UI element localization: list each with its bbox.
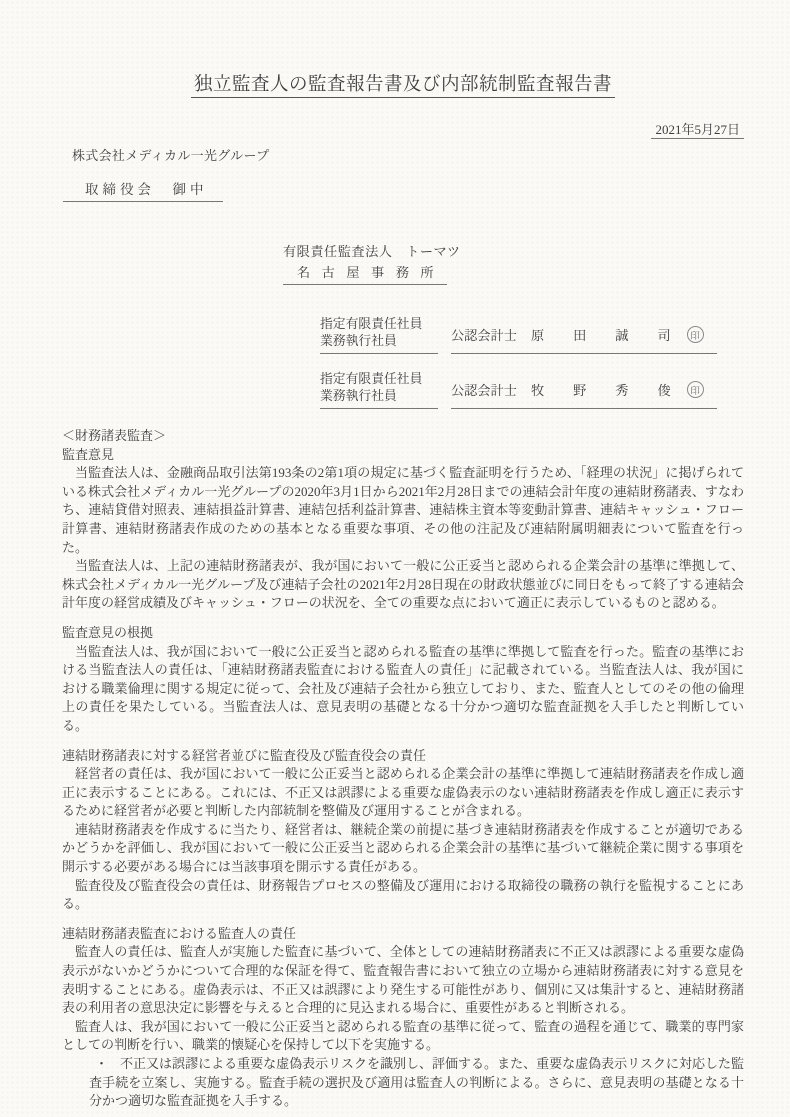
part-label: ＜財務諸表監査＞ — [62, 427, 744, 446]
signatory-role: 指定有限責任社員 業務執行社員 — [320, 371, 438, 409]
report-title: 独立監査人の監査報告書及び内部統制監査報告書 — [191, 75, 615, 98]
paragraph: 経営者の責任は、我が国において一般に公正妥当と認められる企業会計の基準に準拠して… — [62, 765, 744, 821]
signatory-row: 指定有限責任社員 業務執行社員 公認会計士 原田誠司 印 — [320, 316, 744, 354]
signatory-role: 指定有限責任社員 業務執行社員 — [320, 316, 438, 354]
accountant-name: 原田誠司 — [531, 325, 700, 344]
paragraph: 連結財務諸表を作成するに当たり、経営者は、継続企業の前提に基づき連結財務諸表を作… — [62, 821, 744, 877]
signatory-role-line1: 指定有限責任社員 — [320, 316, 438, 333]
signatory-row: 指定有限責任社員 業務執行社員 公認会計士 牧野秀俊 印 — [320, 371, 744, 409]
bullet-item: ・不正又は誤謬による重要な虚偽表示リスクを識別し、評価する。また、重要な虚偽表示… — [62, 1055, 744, 1111]
accountant-name: 牧野秀俊 — [531, 380, 700, 399]
addressee-company: 株式会社メディカル一光グループ — [62, 145, 744, 164]
bullet-marker-icon: ・ — [95, 1056, 108, 1071]
audit-firm-block: 有限責任監査法人 トーマツ 名古屋事務所 — [283, 241, 744, 285]
signatory-signature: 公認会計士 牧野秀俊 印 — [451, 371, 717, 409]
date-row: 2021年5月27日 — [62, 119, 744, 138]
paragraph: 当監査法人は、我が国において一般に公正妥当と認められる監査の基準に準拠して監査を… — [62, 643, 744, 736]
signatory-signature: 公認会計士 原田誠司 印 — [451, 316, 717, 354]
paragraph: 当監査法人は、上記の連結財務諸表が、我が国において一般に公正妥当と認められる企業… — [62, 557, 744, 613]
paragraph: 監査人は、我が国において一般に公正妥当と認められる監査の基準に従って、監査の過程… — [62, 1018, 744, 1055]
audit-firm-name: 有限責任監査法人 トーマツ — [283, 241, 744, 260]
addressee-to: 取締役会 御中 — [63, 178, 223, 202]
section-heading-management-responsibility: 連結財務諸表に対する経営者並びに監査役及び監査役会の責任 — [62, 747, 744, 766]
title-row: 独立監査人の監査報告書及び内部統制監査報告書 — [62, 0, 744, 96]
accountant-qualification: 公認会計士 — [451, 325, 517, 344]
addressee-row: 取締役会 御中 — [62, 178, 744, 202]
seal-icon: 印 — [687, 326, 704, 343]
accountant-qualification: 公認会計士 — [451, 380, 517, 399]
signatory-role-line2: 業務執行社員 — [320, 388, 438, 405]
paragraph: 監査役及び監査役会の責任は、財務報告プロセスの整備及び運用における取締役の職務の… — [62, 877, 744, 914]
section-heading-basis: 監査意見の根拠 — [62, 624, 744, 643]
report-body: ＜財務諸表監査＞ 監査意見 当監査法人は、金融商品取引法第193条の2第1項の規… — [62, 427, 744, 1111]
audit-firm-office: 名古屋事務所 — [283, 261, 447, 285]
paragraph: 当監査法人は、金融商品取引法第193条の2第1項の規定に基づく監査証明を行うため… — [62, 464, 744, 557]
paragraph: 監査人の責任は、監査人が実施した監査に基づいて、全体としての連結財務諸表に不正又… — [62, 943, 744, 1017]
audit-report-page: 独立監査人の監査報告書及び内部統制監査報告書 2021年5月27日 株式会社メデ… — [0, 0, 790, 1117]
bullet-text: 不正又は誤謬による重要な虚偽表示リスクを識別し、評価する。また、重要な虚偽表示リ… — [89, 1056, 744, 1108]
signatory-role-line1: 指定有限責任社員 — [320, 371, 438, 388]
report-date: 2021年5月27日 — [651, 122, 744, 139]
section-heading-auditor-responsibility: 連結財務諸表監査における監査人の責任 — [62, 925, 744, 944]
seal-icon: 印 — [687, 381, 704, 398]
section-heading-opinion: 監査意見 — [62, 446, 744, 465]
signatory-role-line2: 業務執行社員 — [320, 333, 438, 350]
